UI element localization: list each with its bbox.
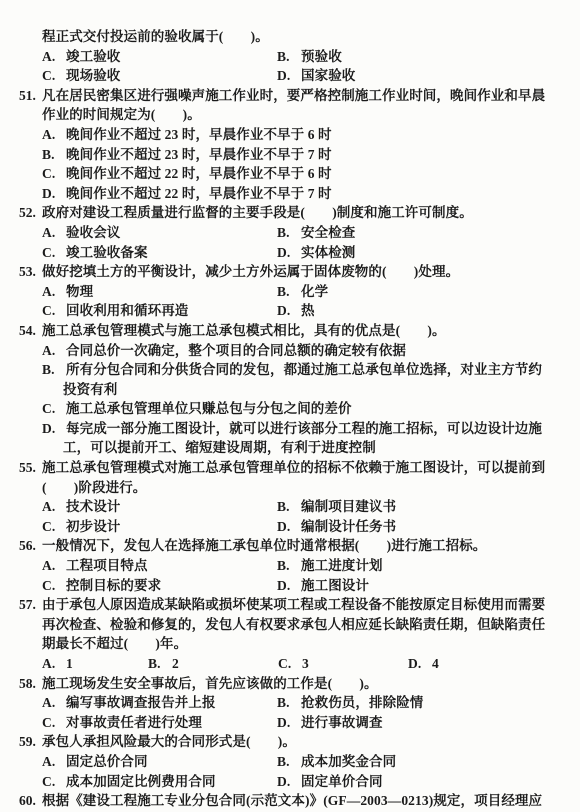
q54-stem-text: 施工总承包管理模式与施工总承包模式相比，具有的优点是( )。: [42, 323, 446, 338]
q56-option-c-text: 控制目标的要求: [66, 578, 161, 593]
q55-option-c-text: 初步设计: [66, 519, 120, 534]
q57-number: 57.: [19, 595, 36, 615]
q58-option-c-text: 对事故责任者进行处理: [66, 715, 202, 730]
q52-option-a-letter: A.: [42, 223, 66, 243]
q53-option-c-text: 回收利用和循环再造: [66, 303, 188, 318]
q52-option-b-text: 安全检查: [301, 225, 355, 240]
q57-stem-line-3: 期最长不超过( )年。: [0, 634, 580, 654]
q57-option-b-text: 2: [172, 656, 179, 671]
q50-option-b-text: 预验收: [301, 49, 342, 64]
q50-option-b: B.预验收: [277, 47, 580, 67]
q53-stem-text: 做好挖填土方的平衡设计，减少土方外运属于固体废物的( )处理。: [42, 264, 459, 279]
q57-option-d-letter: D.: [408, 654, 432, 674]
q53-option-b-letter: B.: [277, 282, 301, 302]
q55-option-b-letter: B.: [277, 497, 301, 517]
q53-option-a-letter: A.: [42, 282, 66, 302]
q57-stem-line-1: 57.由于承包人原因造成某缺陷或损坏使某项工程或工程设备不能按原定目标使用而需要: [0, 595, 580, 615]
q52-option-b: B.安全检查: [277, 223, 580, 243]
q50-option-a-text: 竣工验收: [66, 49, 120, 64]
q59-stem-text: 承包人承担风险最大的合同形式是( )。: [42, 734, 296, 749]
q55-option-d-letter: D.: [277, 517, 301, 537]
q60-stem: 60.根据《建设工程施工专业分包合同(示范文本)》(GF—2003—0213)规…: [0, 791, 580, 811]
q53-option-d-text: 热: [301, 303, 315, 318]
q58-options-row-ab: A.编写事故调查报告并上报 B.抢救伤员，排除险情: [0, 693, 580, 713]
q55-option-d: D.编制设计任务书: [277, 517, 580, 537]
q56-option-d: D.施工图设计: [277, 576, 580, 596]
q50-stem-continuation: 程正式交付投运前的验收属于( )。: [0, 27, 580, 47]
q54-option-a-letter: A.: [42, 341, 66, 361]
q50-option-c-letter: C.: [42, 66, 66, 86]
q56-option-a: A.工程项目特点: [42, 556, 277, 576]
q53-options-row-cd: C.回收利用和循环再造 D.热: [0, 301, 580, 321]
q59-option-c-letter: C.: [42, 772, 66, 792]
q54-option-b-text-2: 投资有利: [63, 382, 117, 397]
q57-option-b-letter: B.: [148, 654, 172, 674]
q51-option-a-text: 晚间作业不超过 23 时，早晨作业不早于 6 时: [66, 127, 332, 142]
q59-options-row-ab: A.固定总价合同 B.成本加奖金合同: [0, 752, 580, 772]
q54-option-c-text: 施工总承包管理单位只赚总包与分包之间的差价: [66, 401, 352, 416]
q56-number: 56.: [19, 536, 36, 556]
q50-option-d: D.国家验收: [277, 66, 580, 86]
q57-stem-text-3: 期最长不超过( )年。: [42, 636, 187, 651]
q57-option-d: D.4: [408, 654, 580, 674]
q53-number: 53.: [19, 262, 36, 282]
q55-options-row-ab: A.技术设计 B.编制项目建议书: [0, 497, 580, 517]
q58-number: 58.: [19, 674, 36, 694]
q51-option-b-text: 晚间作业不超过 23 时，早晨作业不早于 7 时: [66, 147, 332, 162]
q54-option-d-line-1: D.每完成一部分施工图设计，就可以进行该部分工程的施工招标，可以边设计边施: [0, 419, 580, 439]
q58-option-b: B.抢救伤员，排除险情: [277, 693, 580, 713]
q55-option-b-text: 编制项目建议书: [301, 499, 396, 514]
q52-stem-text: 政府对建设工程质量进行监督的主要手段是( )制度和施工许可制度。: [42, 205, 473, 220]
q56-option-b-text: 施工进度计划: [301, 558, 383, 573]
q50-option-c: C.现场验收: [42, 66, 277, 86]
q51-option-b-letter: B.: [42, 145, 66, 165]
q52-number: 52.: [19, 203, 36, 223]
q51-option-c-letter: C.: [42, 164, 66, 184]
q57-option-c: C.3: [278, 654, 408, 674]
q56-option-d-letter: D.: [277, 576, 301, 596]
q57-option-a-letter: A.: [42, 654, 66, 674]
q53-option-a: A.物理: [42, 282, 277, 302]
q55-option-c: C.初步设计: [42, 517, 277, 537]
q50-options-row-cd: C.现场验收 D.国家验收: [0, 66, 580, 86]
q50-option-d-letter: D.: [277, 66, 301, 86]
q58-option-a: A.编写事故调查报告并上报: [42, 693, 277, 713]
q59-option-b: B.成本加奖金合同: [277, 752, 580, 772]
q50-options-row-ab: A.竣工验收 B.预验收: [0, 47, 580, 67]
q59-options-row-cd: C.成本加固定比例费用合同 D.固定单价合同: [0, 772, 580, 792]
q59-option-a-letter: A.: [42, 752, 66, 772]
q56-option-d-text: 施工图设计: [301, 578, 369, 593]
q60-number: 60.: [19, 791, 36, 811]
q51-stem-line-2: 作业的时间规定为( )。: [0, 105, 580, 125]
q58-option-d-letter: D.: [277, 713, 301, 733]
q58-option-c: C.对事故责任者进行处理: [42, 713, 277, 733]
q56-option-a-text: 工程项目特点: [66, 558, 148, 573]
q52-option-c-text: 竣工验收备案: [66, 245, 148, 260]
q59-option-a: A.固定总价合同: [42, 752, 277, 772]
scanned-exam-page: 程正式交付投运前的验收属于( )。 A.竣工验收 B.预验收 C.现场验收 D.…: [0, 0, 580, 812]
q56-options-row-cd: C.控制目标的要求 D.施工图设计: [0, 576, 580, 596]
q54-option-d-line-2: 工，可以提前开工、缩短建设周期，有利于进度控制: [0, 438, 580, 458]
q51-stem-line-1: 51.凡在居民密集区进行强噪声施工作业时，要严格控制施工作业时间，晚间作业和早晨: [0, 86, 580, 106]
q57-option-b: B.2: [148, 654, 278, 674]
q57-options-row: A.1 B.2 C.3 D.4: [0, 654, 580, 674]
q55-number: 55.: [19, 458, 36, 478]
q55-options-row-cd: C.初步设计 D.编制设计任务书: [0, 517, 580, 537]
q51-option-a: A.晚间作业不超过 23 时，早晨作业不早于 6 时: [0, 125, 580, 145]
q60-stem-text: 根据《建设工程施工专业分包合同(示范文本)》(GF—2003—0213)规定，项…: [42, 793, 542, 808]
q55-option-a-text: 技术设计: [66, 499, 120, 514]
q52-option-c: C.竣工验收备案: [42, 243, 277, 263]
q52-options-row-cd: C.竣工验收备案 D.实体检测: [0, 243, 580, 263]
q53-option-c-letter: C.: [42, 301, 66, 321]
q51-option-d: D.晚间作业不超过 22 时，早晨作业不早于 7 时: [0, 184, 580, 204]
q52-option-d-text: 实体检测: [301, 245, 355, 260]
q59-option-d: D.固定单价合同: [277, 772, 580, 792]
q58-stem-text: 施工现场发生安全事故后，首先应该做的工作是( )。: [42, 676, 378, 691]
q59-number: 59.: [19, 732, 36, 752]
q57-option-d-text: 4: [432, 656, 439, 671]
q59-option-d-text: 固定单价合同: [301, 774, 383, 789]
q59-option-a-text: 固定总价合同: [66, 754, 148, 769]
q52-option-b-letter: B.: [277, 223, 301, 243]
q56-option-b: B.施工进度计划: [277, 556, 580, 576]
q54-number: 54.: [19, 321, 36, 341]
q50-option-b-letter: B.: [277, 47, 301, 67]
q58-option-b-text: 抢救伤员，排除险情: [301, 695, 423, 710]
q52-stem: 52.政府对建设工程质量进行监督的主要手段是( )制度和施工许可制度。: [0, 203, 580, 223]
q55-option-b: B.编制项目建议书: [277, 497, 580, 517]
q56-stem-text: 一般情况下，发包人在选择施工承包单位时通常根据( )进行施工招标。: [42, 538, 486, 553]
q50-option-a-letter: A.: [42, 47, 66, 67]
q54-option-d-text: 每完成一部分施工图设计，就可以进行该部分工程的施工招标，可以边设计边施: [66, 421, 542, 436]
q52-option-c-letter: C.: [42, 243, 66, 263]
q58-stem: 58.施工现场发生安全事故后，首先应该做的工作是( )。: [0, 674, 580, 694]
q55-option-c-letter: C.: [42, 517, 66, 537]
q51-option-d-text: 晚间作业不超过 22 时，早晨作业不早于 7 时: [66, 186, 332, 201]
q56-option-b-letter: B.: [277, 556, 301, 576]
q58-option-d: D.进行事故调查: [277, 713, 580, 733]
q54-option-d-text-2: 工，可以提前开工、缩短建设周期，有利于进度控制: [63, 440, 376, 455]
q50-stem-text: 程正式交付投运前的验收属于( )。: [42, 29, 269, 44]
q58-option-a-letter: A.: [42, 693, 66, 713]
q53-option-b: B.化学: [277, 282, 580, 302]
q54-option-c-letter: C.: [42, 399, 66, 419]
q59-stem: 59.承包人承担风险最大的合同形式是( )。: [0, 732, 580, 752]
q54-option-d-letter: D.: [42, 419, 66, 439]
q57-stem-line-2: 再次检查、检验和修复的，发包人有权要求承包人相应延长缺陷责任期，但缺陷责任: [0, 615, 580, 635]
q53-stem: 53.做好挖填土方的平衡设计，减少土方外运属于固体废物的( )处理。: [0, 262, 580, 282]
q58-option-b-letter: B.: [277, 693, 301, 713]
q57-option-c-letter: C.: [278, 654, 302, 674]
q59-option-c: C.成本加固定比例费用合同: [42, 772, 277, 792]
q50-option-c-text: 现场验收: [66, 68, 120, 83]
q52-option-a-text: 验收会议: [66, 225, 120, 240]
q53-option-d-letter: D.: [277, 301, 301, 321]
q54-option-a: A.合同总价一次确定，整个项目的合同总额的确定较有依据: [0, 341, 580, 361]
q53-option-a-text: 物理: [66, 284, 93, 299]
q56-option-a-letter: A.: [42, 556, 66, 576]
q57-stem-text-2: 再次检查、检验和修复的，发包人有权要求承包人相应延长缺陷责任期，但缺陷责任: [42, 617, 545, 632]
q52-option-d: D.实体检测: [277, 243, 580, 263]
q57-stem-text-1: 由于承包人原因造成某缺陷或损坏使某项工程或工程设备不能按原定目标使用而需要: [42, 597, 545, 612]
q50-option-d-text: 国家验收: [301, 68, 355, 83]
q54-option-b-letter: B.: [42, 360, 66, 380]
q52-options-row-ab: A.验收会议 B.安全检查: [0, 223, 580, 243]
q55-stem-text-2: ( )阶段进行。: [42, 480, 146, 495]
q55-stem-text-1: 施工总承包管理模式对施工总承包管理单位的招标不依赖于施工图设计，可以提前到: [42, 460, 545, 475]
q59-option-b-letter: B.: [277, 752, 301, 772]
q58-option-a-text: 编写事故调查报告并上报: [66, 695, 216, 710]
q57-option-a: A.1: [42, 654, 148, 674]
q54-stem: 54.施工总承包管理模式与施工总承包模式相比，具有的优点是( )。: [0, 321, 580, 341]
q57-option-c-text: 3: [302, 656, 309, 671]
q54-option-c: C.施工总承包管理单位只赚总包与分包之间的差价: [0, 399, 580, 419]
q50-option-a: A.竣工验收: [42, 47, 277, 67]
q56-stem: 56.一般情况下，发包人在选择施工承包单位时通常根据( )进行施工招标。: [0, 536, 580, 556]
q51-option-d-letter: D.: [42, 184, 66, 204]
q54-option-b-line-2: 投资有利: [0, 380, 580, 400]
q51-stem-text-2: 作业的时间规定为( )。: [42, 107, 201, 122]
q59-option-d-letter: D.: [277, 772, 301, 792]
q54-option-a-text: 合同总价一次确定，整个项目的合同总额的确定较有依据: [66, 343, 406, 358]
q56-option-c-letter: C.: [42, 576, 66, 596]
q55-stem-line-1: 55.施工总承包管理模式对施工总承包管理单位的招标不依赖于施工图设计，可以提前到: [0, 458, 580, 478]
q53-option-c: C.回收利用和循环再造: [42, 301, 277, 321]
q51-option-c-text: 晚间作业不超过 22 时，早晨作业不早于 6 时: [66, 166, 332, 181]
q56-option-c: C.控制目标的要求: [42, 576, 277, 596]
q58-options-row-cd: C.对事故责任者进行处理 D.进行事故调查: [0, 713, 580, 733]
q55-option-a: A.技术设计: [42, 497, 277, 517]
q53-options-row-ab: A.物理 B.化学: [0, 282, 580, 302]
q54-option-b-line-1: B.所有分包合同和分供货合同的发包，都通过施工总承包单位选择，对业主方节约: [0, 360, 580, 380]
q55-stem-line-2: ( )阶段进行。: [0, 478, 580, 498]
q54-option-b-text: 所有分包合同和分供货合同的发包，都通过施工总承包单位选择，对业主方节约: [66, 362, 542, 377]
q51-stem-text-1: 凡在居民密集区进行强噪声施工作业时，要严格控制施工作业时间，晚间作业和早晨: [42, 88, 545, 103]
q52-option-a: A.验收会议: [42, 223, 277, 243]
q57-option-a-text: 1: [66, 656, 73, 671]
q53-option-d: D.热: [277, 301, 580, 321]
q52-option-d-letter: D.: [277, 243, 301, 263]
q56-options-row-ab: A.工程项目特点 B.施工进度计划: [0, 556, 580, 576]
q55-option-a-letter: A.: [42, 497, 66, 517]
q55-option-d-text: 编制设计任务书: [301, 519, 396, 534]
q59-option-c-text: 成本加固定比例费用合同: [66, 774, 216, 789]
q58-option-c-letter: C.: [42, 713, 66, 733]
q59-option-b-text: 成本加奖金合同: [301, 754, 396, 769]
q51-option-a-letter: A.: [42, 125, 66, 145]
q51-number: 51.: [19, 86, 36, 106]
q51-option-c: C.晚间作业不超过 22 时，早晨作业不早于 6 时: [0, 164, 580, 184]
q58-option-d-text: 进行事故调查: [301, 715, 383, 730]
q53-option-b-text: 化学: [301, 284, 328, 299]
q51-option-b: B.晚间作业不超过 23 时，早晨作业不早于 7 时: [0, 145, 580, 165]
